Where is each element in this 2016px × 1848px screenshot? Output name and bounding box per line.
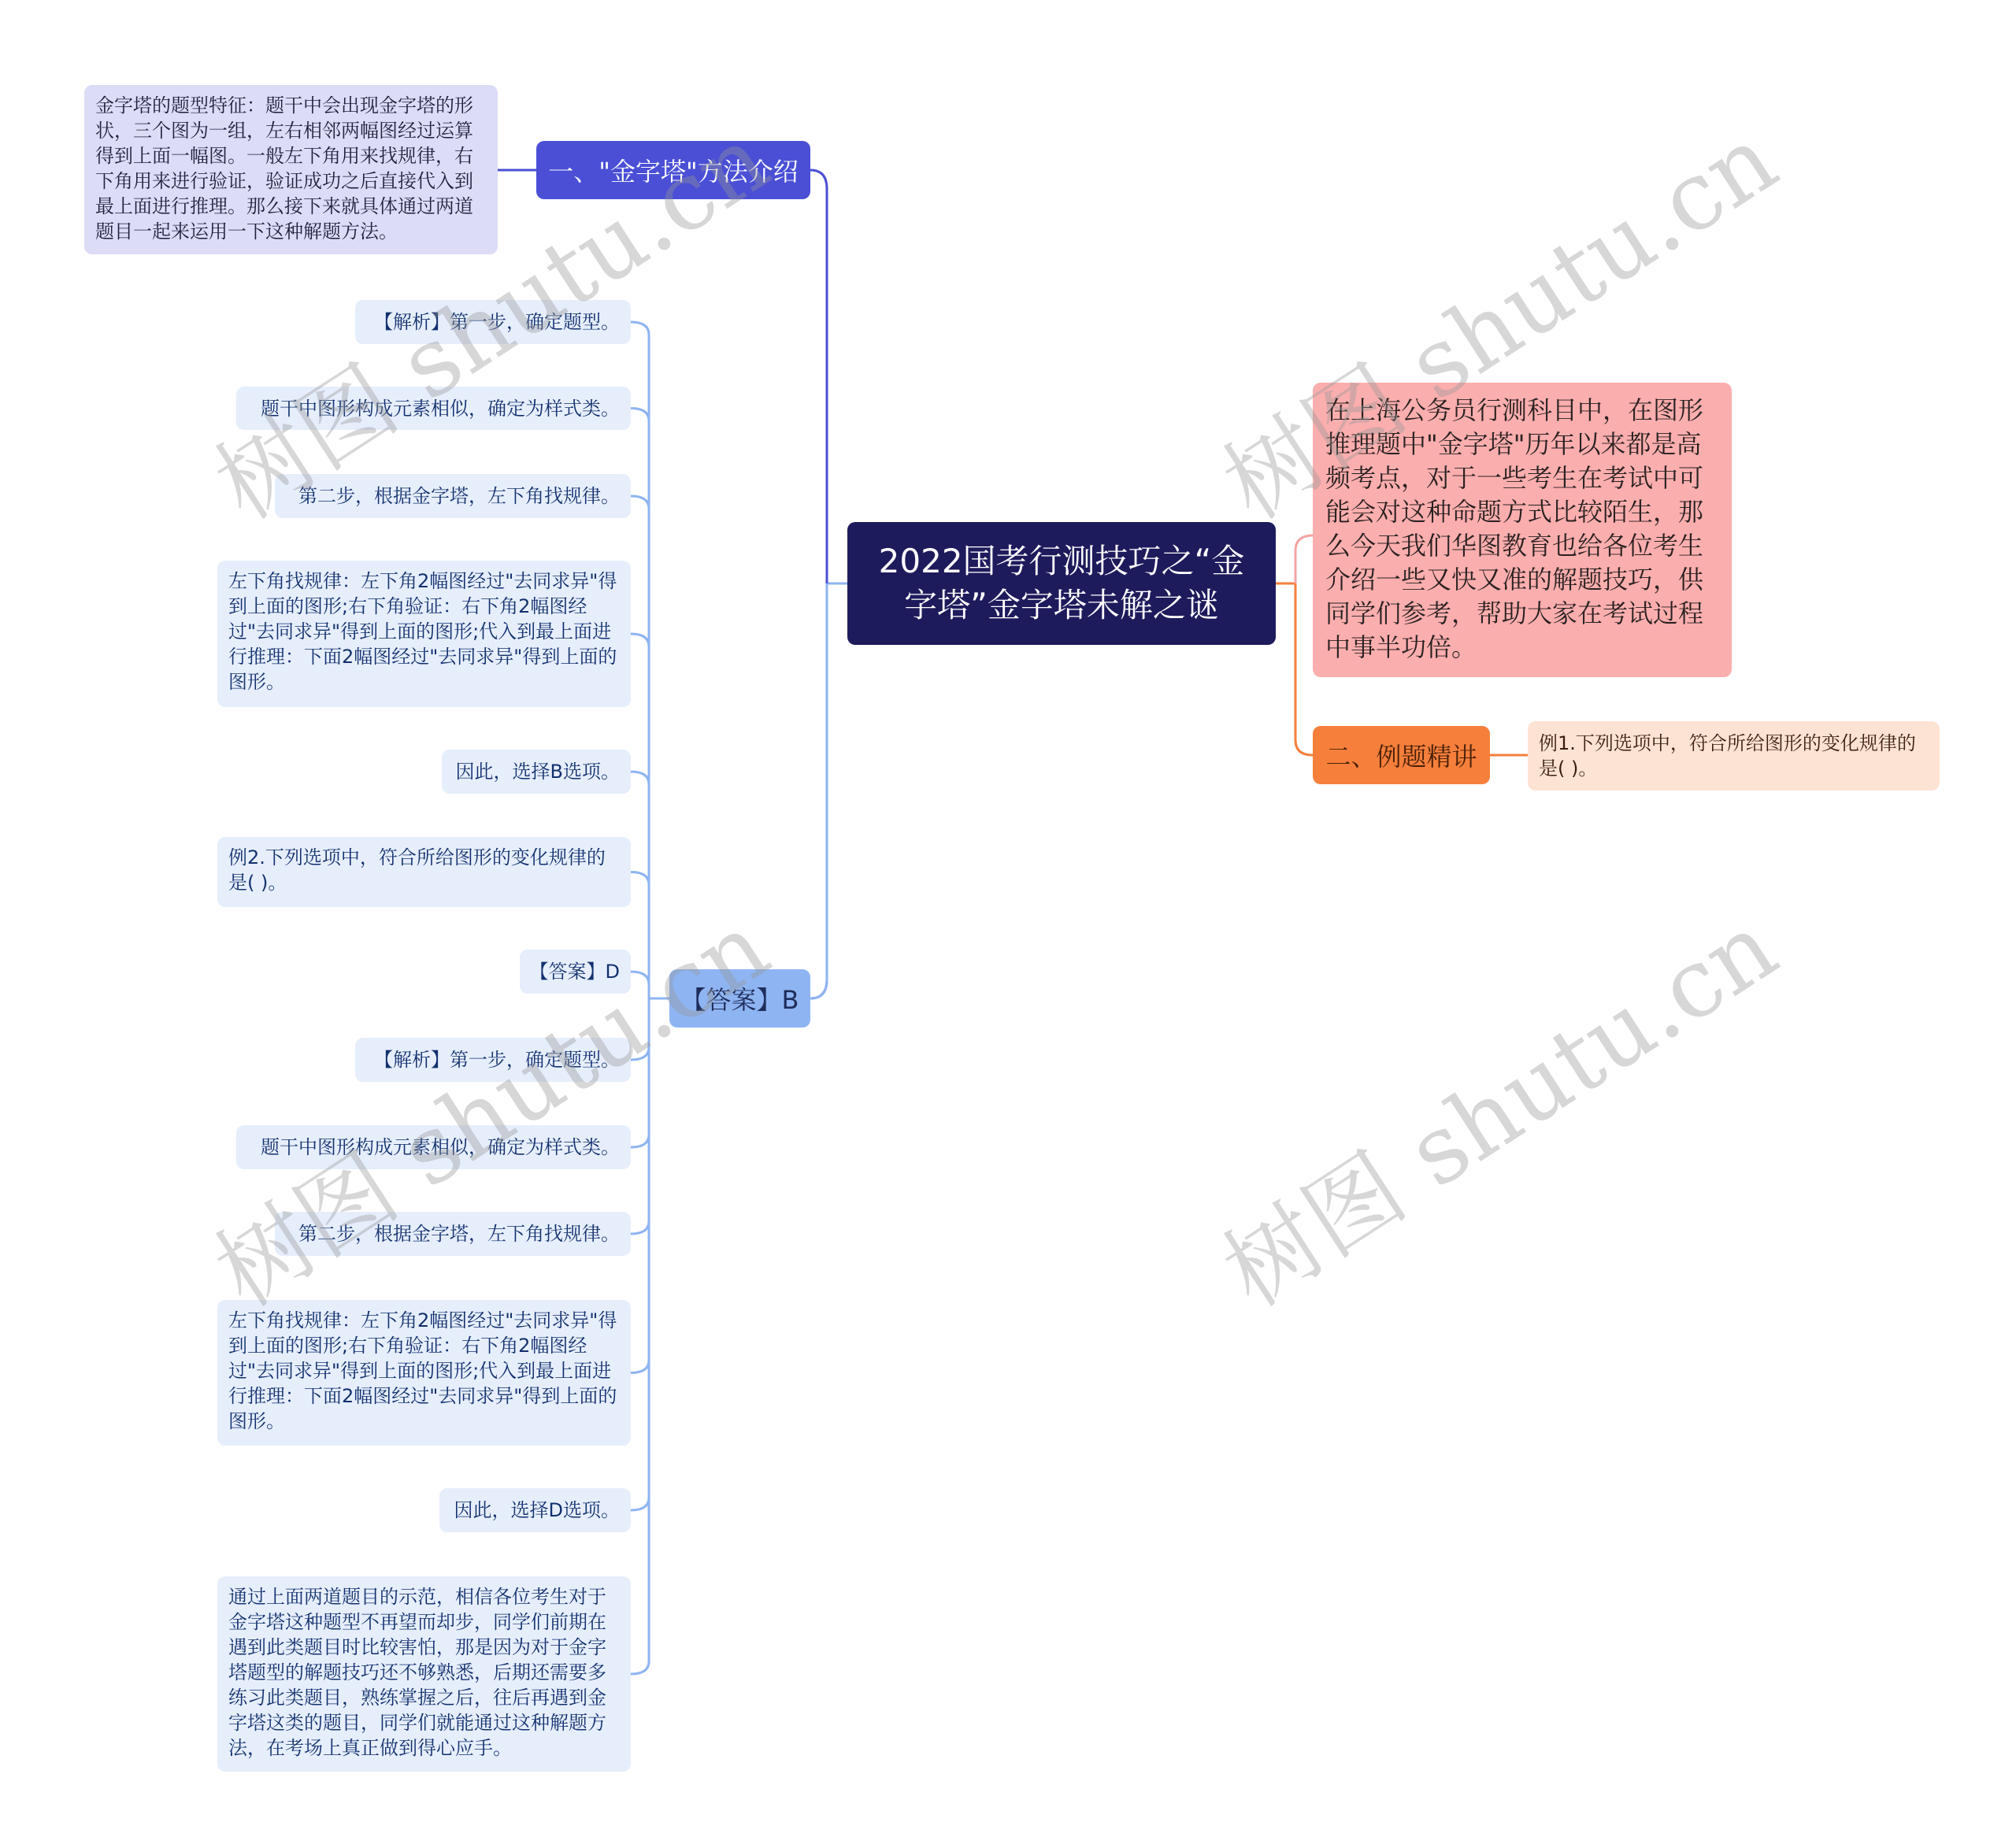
intro-paragraph-text: 在上海公务员行测科目中，在图形推理题中"金字塔"历年以来都是高频考点，对于一些考… bbox=[1325, 395, 1703, 662]
answer-b-leaf-text: 左下角找规律：左下角2幅图经过"去同求异"得到上面的图形;右下角验证：右下角2幅… bbox=[228, 1308, 620, 1434]
answer-b-leaf-text: 因此，选择D选项。 bbox=[454, 1498, 620, 1523]
answer-b-leaf-text: 题干中图形构成元素相似，确定为样式类。 bbox=[261, 396, 620, 421]
answer-b-leaf-text: 【解析】第一步，确定题型。 bbox=[374, 1047, 620, 1072]
intro-paragraph-node[interactable]: 在上海公务员行测科目中，在图形推理题中"金字塔"历年以来都是高频考点，对于一些考… bbox=[1313, 383, 1732, 677]
example-1-text: 例1.下列选项中，符合所给图形的变化规律的是( )。 bbox=[1539, 732, 1916, 780]
root-topic[interactable]: 2022国考行测技巧之“金字塔”金字塔未解之谜 bbox=[847, 522, 1276, 645]
answer-b-leaf-text: 通过上面两道题目的示范，相信各位考生对于金字塔这种题型不再望而却步，同学们前期在… bbox=[228, 1584, 620, 1761]
branch-answer-b[interactable]: 【答案】B bbox=[669, 969, 810, 1028]
answer-b-leaf-text: 左下角找规律：左下角2幅图经过"去同求异"得到上面的图形;右下角验证：右下角2幅… bbox=[228, 568, 620, 694]
answer-b-leaf[interactable]: 因此，选择B选项。 bbox=[442, 750, 631, 794]
answer-b-leaf-text: 【解析】第一步，确定题型。 bbox=[374, 309, 620, 335]
root-title: 2022国考行测技巧之“金字塔”金字塔未解之谜 bbox=[863, 539, 1260, 628]
method-intro-note-text: 金字塔的题型特征：题干中会出现金字塔的形状，三个图为一组，左右相邻两幅图经过运算… bbox=[95, 94, 473, 243]
answer-b-leaf[interactable]: 左下角找规律：左下角2幅图经过"去同求异"得到上面的图形;右下角验证：右下角2幅… bbox=[217, 1300, 631, 1446]
branch-examples[interactable]: 二、例题精讲 bbox=[1313, 726, 1490, 784]
answer-b-leaf[interactable]: 题干中图形构成元素相似，确定为样式类。 bbox=[236, 1125, 631, 1169]
answer-b-leaf[interactable]: 第二步，根据金字塔，左下角找规律。 bbox=[275, 474, 631, 518]
answer-b-leaf-text: 【答案】D bbox=[530, 959, 620, 984]
answer-b-leaf[interactable]: 因此，选择D选项。 bbox=[439, 1488, 631, 1532]
method-intro-note[interactable]: 金字塔的题型特征：题干中会出现金字塔的形状，三个图为一组，左右相邻两幅图经过运算… bbox=[84, 85, 498, 254]
answer-b-leaf-text: 因此，选择B选项。 bbox=[456, 759, 620, 784]
answer-b-leaf[interactable]: 【答案】D bbox=[520, 950, 631, 994]
branch-examples-label: 二、例题精讲 bbox=[1325, 737, 1477, 773]
answer-b-leaf[interactable]: 左下角找规律：左下角2幅图经过"去同求异"得到上面的图形;右下角验证：右下角2幅… bbox=[217, 561, 631, 707]
branch-method-intro[interactable]: 一、"金字塔"方法介绍 bbox=[536, 141, 810, 199]
answer-b-leaf-text: 第二步，根据金字塔，左下角找规律。 bbox=[298, 1221, 620, 1246]
branch-method-intro-label: 一、"金字塔"方法介绍 bbox=[548, 152, 798, 188]
answer-b-leaf[interactable]: 【解析】第一步，确定题型。 bbox=[355, 300, 631, 344]
example-1-node[interactable]: 例1.下列选项中，符合所给图形的变化规律的是( )。 bbox=[1528, 721, 1940, 791]
answer-b-leaf-text: 第二步，根据金字塔，左下角找规律。 bbox=[298, 483, 620, 509]
answer-b-leaf[interactable]: 第二步，根据金字塔，左下角找规律。 bbox=[275, 1212, 631, 1256]
branch-answer-b-label: 【答案】B bbox=[681, 980, 799, 1017]
answer-b-leaf[interactable]: 通过上面两道题目的示范，相信各位考生对于金字塔这种题型不再望而却步，同学们前期在… bbox=[217, 1576, 631, 1772]
answer-b-leaf-text: 例2.下列选项中，符合所给图形的变化规律的是( )。 bbox=[228, 845, 620, 895]
answer-b-leaf[interactable]: 例2.下列选项中，符合所给图形的变化规律的是( )。 bbox=[217, 837, 631, 907]
answer-b-leaf-text: 题干中图形构成元素相似，确定为样式类。 bbox=[261, 1135, 620, 1160]
answer-b-leaf[interactable]: 题干中图形构成元素相似，确定为样式类。 bbox=[236, 387, 631, 430]
connector-lines bbox=[0, 0, 2016, 1848]
answer-b-leaf[interactable]: 【解析】第一步，确定题型。 bbox=[355, 1038, 631, 1082]
